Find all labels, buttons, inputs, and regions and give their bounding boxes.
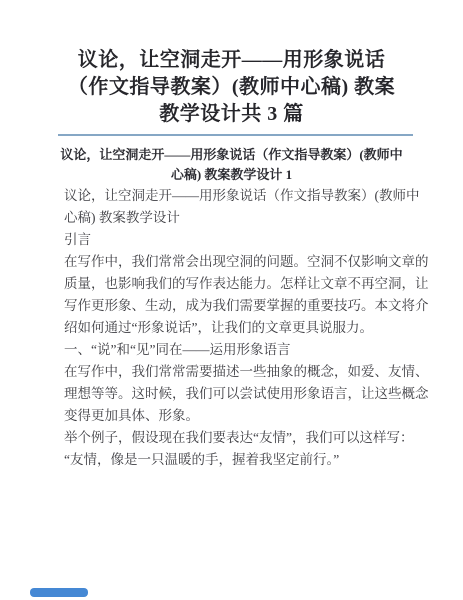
page-title: 议论，让空洞走开——用形象说话（作文指导教案）(教师中心稿) 教案教学设计共 3… — [64, 0, 399, 128]
title-repeat-paragraph: 议论，让空洞走开——用形象说话（作文指导教案）(教师中心稿) 教案教学设计 — [64, 185, 430, 229]
title-divider — [58, 134, 413, 136]
section-one-paragraph: 在写作中，我们常常需要描述一些抽象的概念，如爱、友情、理想等等。这时候，我们可以… — [64, 361, 430, 427]
scroll-progress-bar — [30, 588, 88, 597]
section-title: 议论，让空洞走开——用形象说话（作文指导教案）(教师中心稿) 教案教学设计 1 — [57, 145, 406, 185]
article-body: 议论，让空洞走开——用形象说话（作文指导教案）(教师中心稿) 教案教学设计 引言… — [64, 185, 430, 471]
intro-paragraph: 在写作中，我们常常会出现空洞的问题。空洞不仅影响文章的质量，也影响我们的写作表达… — [64, 251, 430, 339]
intro-heading: 引言 — [64, 229, 430, 251]
section-one-heading: 一、“说”和“见”同在——运用形象语言 — [64, 339, 430, 361]
example-lead-paragraph: 举个例子，假设现在我们要表达“友情”，我们可以这样写： — [64, 427, 430, 449]
example-quote-paragraph: “友情，像是一只温暖的手，握着我坚定前行。” — [64, 449, 430, 471]
document-page: 议论，让空洞走开——用形象说话（作文指导教案）(教师中心稿) 教案教学设计共 3… — [0, 0, 463, 600]
